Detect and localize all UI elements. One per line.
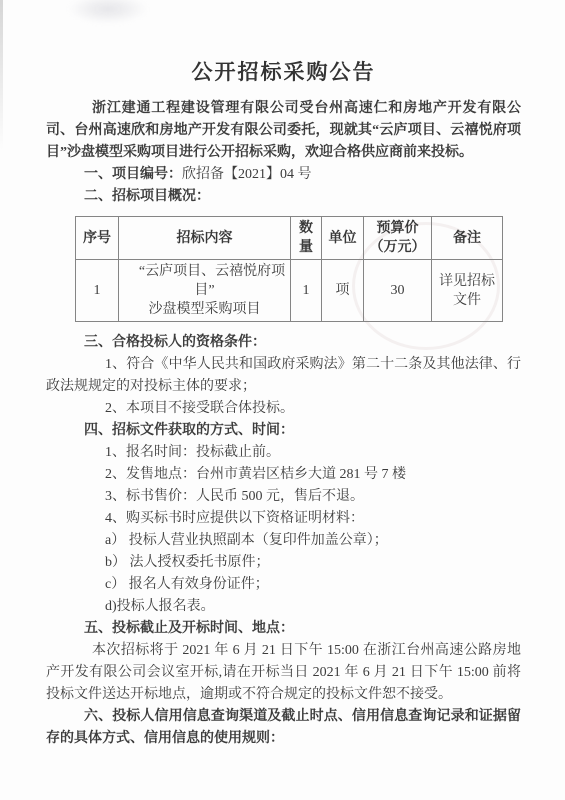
section-5-body: 本次招标将于 2021 年 6 月 21 日下午 15:00 在浙江台州高速公路… [46,640,521,706]
section-4-item-b: b） 法人授权委托书原件； [46,552,521,574]
section-3-item-2: 2、本项目不接受联合体投标。 [46,398,521,420]
section-1-label: 一、项目编号： [84,167,182,182]
tender-summary-table: 序号 招标内容 数量 单位 预算价 （万元） 备注 1 “云庐项目、云禧悦府项目… [75,216,503,322]
col-header-remark: 备注 [432,217,503,260]
section-4-item-1: 1、报名时间：投标截止前。 [46,442,521,464]
table-header-row: 序号 招标内容 数量 单位 预算价 （万元） 备注 [76,217,503,260]
document-page: 公开招标采购公告 浙江建通工程建设管理有限公司受台州高速仁和房地产开发有限公司、… [0,0,565,800]
cell-unit: 项 [322,260,364,322]
section-4-item-4: 4、购买标书时应提供以下资格证明材料： [46,508,521,530]
section-6-heading: 六、投标人信用信息查询渠道及截止时点、信用信息查询记录和证据留存的具体方式、信用… [46,706,521,750]
cell-content: “云庐项目、云禧悦府项目” 沙盘模型采购项目 [119,260,291,322]
cell-remark: 详见招标 文件 [432,260,503,322]
intro-paragraph: 浙江建通工程建设管理有限公司受台州高速仁和房地产开发有限公司、台州高速欣和房地产… [46,98,521,164]
section-1-value: 欣招备【2021】04 号 [182,167,312,182]
section-4-item-c: c） 报名人有效身份证件； [46,574,521,596]
section-4-item-2: 2、发售地点：台州市黄岩区桔乡大道 281 号 7 楼 [46,464,521,486]
col-header-budget: 预算价 （万元） [364,217,432,260]
section-4-item-3: 3、标书售价：人民币 500 元，售后不退。 [46,486,521,508]
cell-qty: 1 [291,260,322,322]
section-4-heading: 四、招标文件获取的方式、时间： [46,420,521,442]
section-4-item-a: a） 投标人营业执照副本（复印件加盖公章）； [46,530,521,552]
document-content: 公开招标采购公告 浙江建通工程建设管理有限公司受台州高速仁和房地产开发有限公司、… [0,0,565,750]
col-header-content: 招标内容 [119,217,291,260]
section-5-heading: 五、投标截止及开标时间、地点： [46,618,521,640]
section-3-heading: 三、合格投标人的资格条件： [46,332,521,354]
section-3-item-1: 1、符合《中华人民共和国政府采购法》第二十二条及其他法律、行政法规规定的对投标主… [46,354,521,398]
cell-no: 1 [76,260,119,322]
cell-content-text: “云庐项目、云禧悦府项目” 沙盘模型采购项目 [122,262,287,319]
section-2-heading: 二、招标项目概况： [46,186,521,208]
col-header-unit: 单位 [322,217,364,260]
table-row: 1 “云庐项目、云禧悦府项目” 沙盘模型采购项目 1 项 30 详见招标 文件 [76,260,503,322]
col-header-qty: 数量 [291,217,322,260]
section-4-item-d: d)投标人报名表。 [46,596,521,618]
page-title: 公开招标采购公告 [46,56,521,86]
col-header-no: 序号 [76,217,119,260]
section-1-heading: 一、项目编号：欣招备【2021】04 号 [46,164,521,186]
cell-budget: 30 [364,260,432,322]
